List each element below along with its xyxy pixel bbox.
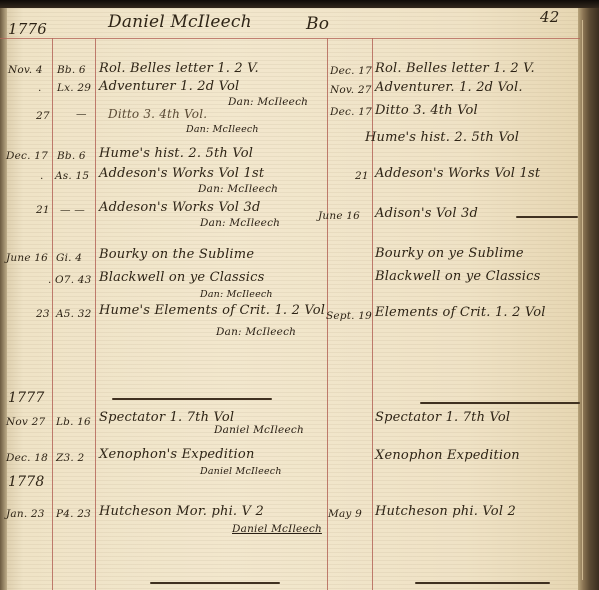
entry-returned: Elements of Crit. 1. 2 Vol (375, 305, 546, 320)
entry-returned-date: 21 (355, 170, 369, 182)
entry-shelf: Bb. 6 (57, 64, 86, 76)
entry-date: 27 (36, 110, 50, 122)
entry-borrowed: Rol. Belles letter 1. 2 V. (99, 61, 259, 76)
binding-gutter (0, 8, 7, 590)
entry-returned: Ditto 3. 4th Vol (375, 103, 478, 118)
borrower-signature: Dan: McIleech (200, 217, 280, 229)
borrower-signature: Dan: McIleech (198, 183, 278, 195)
entry-returned: Blackwell on ye Classics (375, 269, 541, 284)
returned-line-dash (516, 216, 578, 218)
borrowed-column-label: Bo (306, 14, 329, 34)
entry-shelf: — (76, 108, 87, 120)
entry-borrowed: Ditto 3. 4th Vol. (108, 107, 207, 121)
entry-date: Dec. 18 (6, 452, 48, 464)
year-marker-1777: 1777 (8, 390, 44, 406)
entry-shelf: As. 15 (55, 170, 89, 182)
entry-returned: Adventurer. 1. 2d Vol. (375, 80, 523, 95)
header-year: 1776 (8, 20, 47, 38)
entry-returned-date: Nov. 27 (330, 84, 372, 96)
entry-borrowed: Adventurer 1. 2d Vol (99, 79, 239, 94)
section-rule-right-end (415, 582, 550, 584)
entry-returned-date: Dec. 17 (330, 106, 372, 118)
entry-returned: Adison's Vol 3d (375, 206, 478, 221)
entry-borrowed: Blackwell on ye Classics (99, 270, 265, 285)
entry-shelf: P4. 23 (56, 508, 91, 520)
entry-borrowed: Hutcheson Mor. phi. V 2 (99, 504, 264, 519)
entry-shelf: A5. 32 (56, 308, 92, 320)
entry-shelf: Lx. 29 (57, 82, 91, 94)
entry-shelf: Gi. 4 (56, 252, 82, 264)
column-rule-date (52, 38, 53, 590)
section-rule-right-1777 (420, 402, 580, 404)
borrower-signature: Dan: McIleech (186, 124, 259, 135)
borrower-signature: Daniel McIleech (200, 466, 282, 477)
entry-returned-date: May 9 (328, 508, 362, 520)
entry-borrowed: Hume's Elements of Crit. 1. 2 Vol (99, 303, 325, 318)
column-rule-returned-date (372, 38, 373, 590)
entry-date: 21 (36, 204, 50, 216)
entry-borrowed: Xenophon's Expedition (99, 447, 255, 462)
entry-date: . (38, 82, 42, 94)
borrower-signature: Dan: McIleech (228, 96, 308, 108)
page-number: 42 (540, 8, 560, 26)
entry-date: 23 (36, 308, 50, 320)
entry-borrowed: Spectator 1. 7th Vol (99, 410, 234, 425)
entry-returned-date: Sept. 19 (326, 310, 372, 322)
entry-returned: Hume's hist. 2. 5th Vol (365, 130, 519, 145)
header-rule (0, 38, 580, 39)
entry-date: Nov. 4 (8, 64, 43, 76)
entry-returned: Addeson's Works Vol 1st (375, 166, 540, 181)
entry-borrowed: Addeson's Works Vol 1st (99, 166, 264, 181)
entry-returned: Hutcheson phi. Vol 2 (375, 504, 516, 519)
entry-shelf: Z3. 2 (56, 452, 84, 464)
borrower-signature: Daniel McIleech (232, 523, 322, 535)
entry-shelf: — — (60, 204, 85, 216)
section-rule-left-1777 (112, 398, 272, 400)
borrower-name: Daniel McIleech (108, 12, 252, 32)
borrower-signature: Dan: McIleech (216, 326, 296, 338)
entry-shelf: Lb. 16 (56, 416, 91, 428)
entry-date: June 16 (6, 252, 48, 264)
entry-date: Nov 27 (6, 416, 45, 428)
year-marker-1778: 1778 (8, 474, 44, 490)
entry-returned-date: Dec. 17 (330, 65, 372, 77)
entry-date: . (48, 274, 52, 286)
entry-borrowed: Bourky on the Sublime (99, 247, 254, 262)
entry-borrowed: Addeson's Works Vol 3d (99, 200, 260, 215)
entry-returned: Bourky on ye Sublime (375, 246, 524, 261)
page-edge-line (582, 20, 583, 580)
column-rule-shelf (95, 38, 96, 590)
entry-date: Dec. 17 (6, 150, 48, 162)
borrower-signature: Daniel McIleech (214, 424, 304, 436)
entry-date: . (40, 170, 44, 182)
entry-borrowed: Hume's hist. 2. 5th Vol (99, 146, 253, 161)
entry-shelf: Bb. 6 (57, 150, 86, 162)
entry-returned: Rol. Belles letter 1. 2 V. (375, 61, 535, 76)
entry-returned: Xenophon Expedition (375, 448, 520, 463)
borrower-signature: Dan: McIleech (200, 289, 273, 300)
section-rule-left-end (150, 582, 280, 584)
entry-shelf: O7. 43 (55, 274, 92, 286)
entry-returned: Spectator 1. 7th Vol (375, 410, 510, 425)
entry-date: Jan. 23 (6, 508, 45, 520)
entry-returned-date: June 16 (318, 210, 360, 222)
